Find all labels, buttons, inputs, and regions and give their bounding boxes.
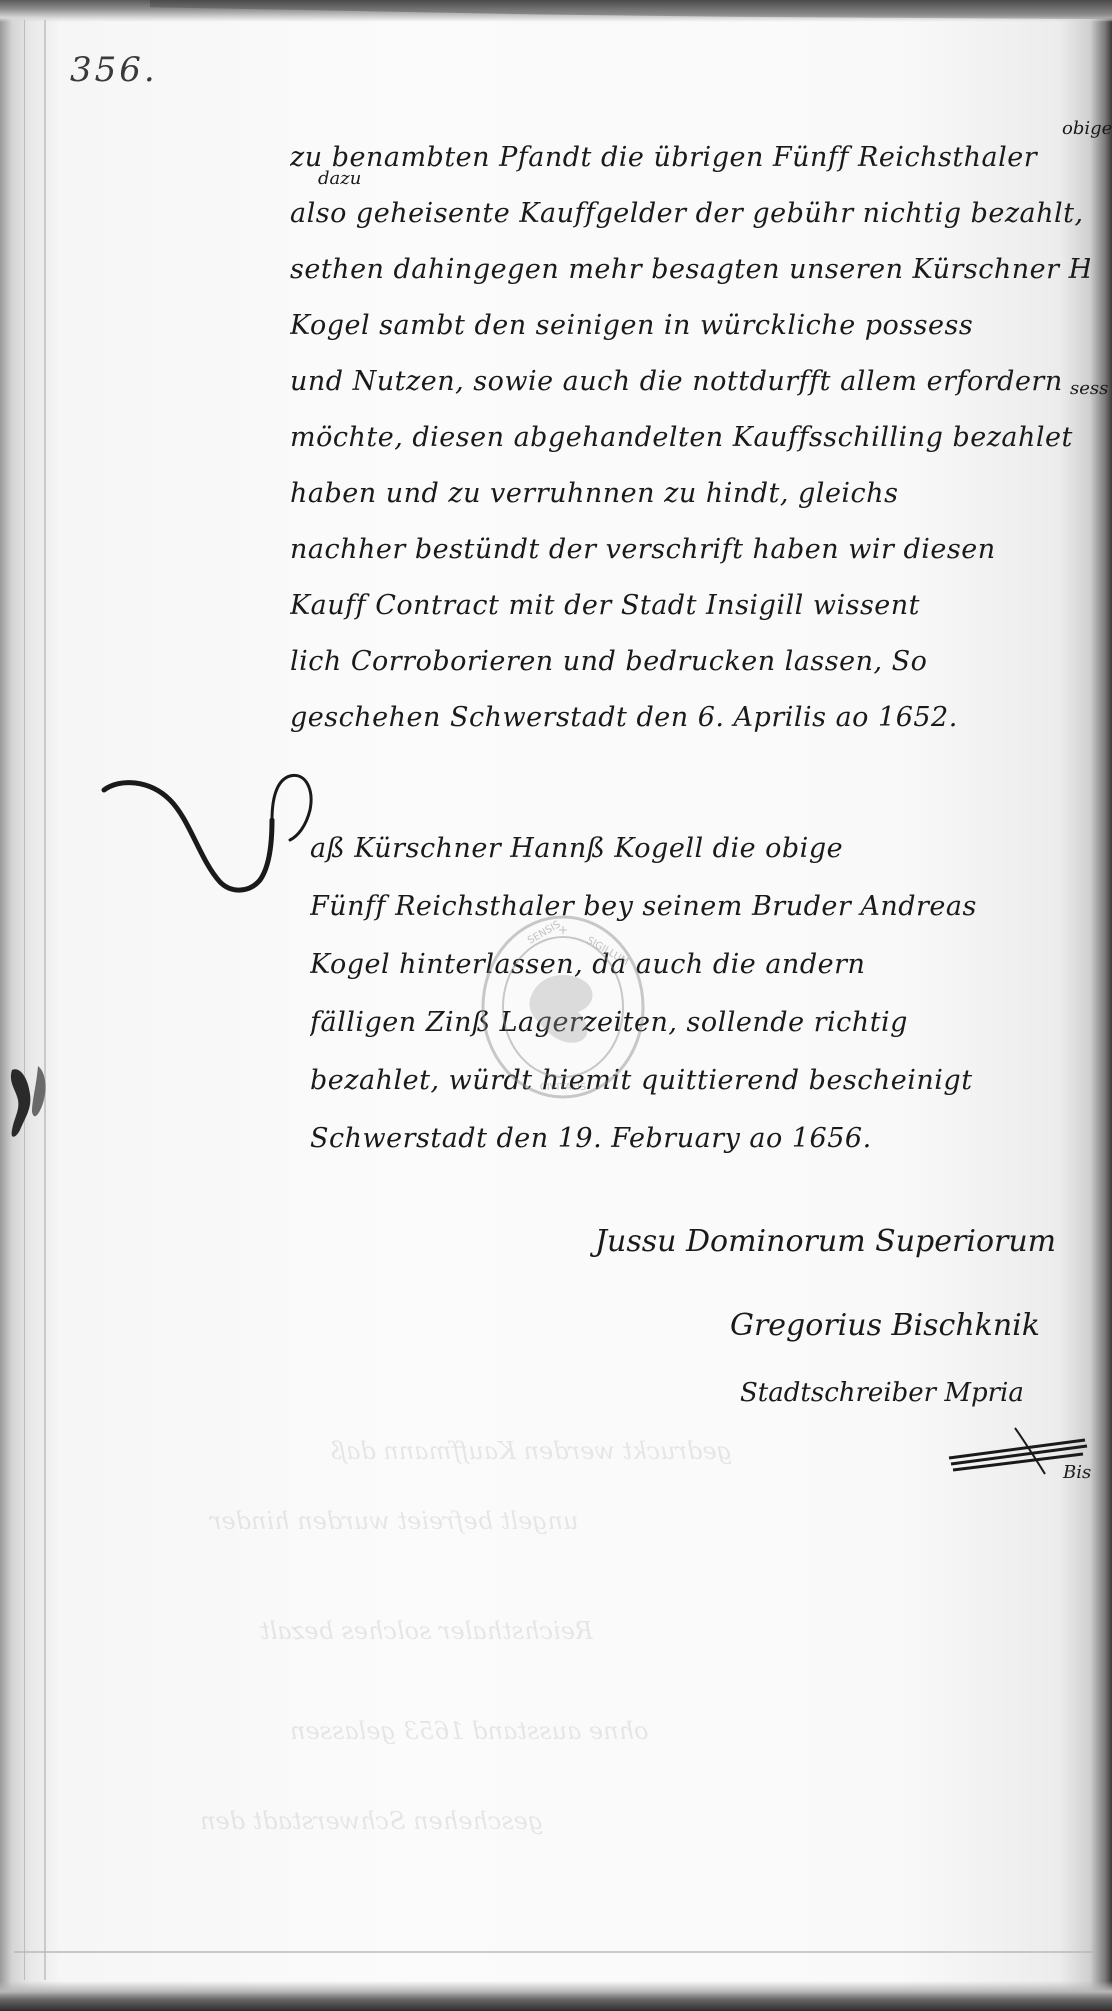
text-line: fälligen Zinß Lagerzeiten, sollende rich… [310, 994, 1100, 1052]
page-bottom-edge [0, 1981, 1112, 2011]
text-line: sethen dahingegen mehr besagten unseren … [290, 242, 1090, 298]
manuscript-scan: gedruckt werden Kauffmann daß ungelt bef… [0, 0, 1112, 2011]
bleed-through-text: ohne ausstand 1653 gelassen [290, 1700, 649, 1762]
signer-name: Gregorius Bischknik [730, 1308, 1040, 1343]
interlinear-insertion: dazu [318, 168, 361, 189]
text-line: Fünff Reichsthaler bey seinem Bruder And… [310, 878, 1100, 936]
bleed-through-text: geschehen Schwerstadt den [200, 1790, 543, 1852]
text-line: lich Corroborieren und bedrucken lassen,… [290, 634, 1090, 690]
margin-line [44, 20, 46, 1980]
bottom-fold-line [14, 1951, 1094, 1953]
svg-text:CIVITATIS: CIVITATIS [540, 1082, 587, 1093]
text-line: Schwerstadt den 19. February ao 1656. [310, 1110, 1100, 1168]
text-line: nachher bestündt der verschrift haben wi… [290, 522, 1090, 578]
text-line: Kogel sambt den seinigen in würckliche p… [290, 298, 1090, 354]
text-line: Kogel hinterlassen, da auch die andern [310, 936, 1100, 994]
paragraph-2: aß Kürschner Hannß Kogell die obige Fünf… [310, 820, 1100, 1168]
bleed-through-text: ungelt befreiet wurden hinder [210, 1490, 578, 1552]
text-line: aß Kürschner Hannß Kogell die obige [310, 820, 1100, 878]
text-line: und Nutzen, sowie auch die nottdurfft al… [290, 354, 1090, 410]
interlinear-insertion: obige [1062, 118, 1112, 139]
text-line: haben und zu verruhnnen zu hindt, gleich… [290, 466, 1090, 522]
closing-formula: Jussu Dominorum Superiorum [595, 1224, 1056, 1259]
archive-seal-stamp: + SENSIS SIGILLUM CIVITATIS [478, 912, 648, 1102]
signature-paraph-icon: Bis [945, 1418, 1095, 1483]
signer-title: Stadtschreiber Mpria [740, 1378, 1024, 1408]
svg-text:SIGILLUM: SIGILLUM [585, 935, 631, 968]
text-line: Kauff Contract mit der Stadt Insigill wi… [290, 578, 1090, 634]
folio-number: 356. [70, 50, 158, 90]
text-line: möchte, diesen abgehandelten Kauffsschil… [290, 410, 1090, 466]
text-line: also geheisente Kauffgelder der gebühr n… [290, 186, 1090, 242]
paragraph-1: zu benambten Pfandt die übrigen Fünff Re… [290, 130, 1090, 746]
text-line: bezahlet, würdt hiemit quittierend besch… [310, 1052, 1100, 1110]
bleed-through-text: gedruckt werden Kauffmann daß [330, 1420, 732, 1482]
binding-crease [24, 20, 25, 1980]
text-line: geschehen Schwerstadt den 6. Aprilis ao … [290, 690, 1090, 746]
svg-text:Bis: Bis [1062, 1462, 1091, 1483]
page-top-edge [0, 0, 1112, 22]
interlinear-insertion: sess [1070, 378, 1108, 399]
ink-blot-mark [6, 1060, 46, 1160]
bleed-through-text: Reichsthaler solches bezalt [260, 1600, 593, 1662]
text-line: zu benambten Pfandt die übrigen Fünff Re… [290, 130, 1090, 186]
